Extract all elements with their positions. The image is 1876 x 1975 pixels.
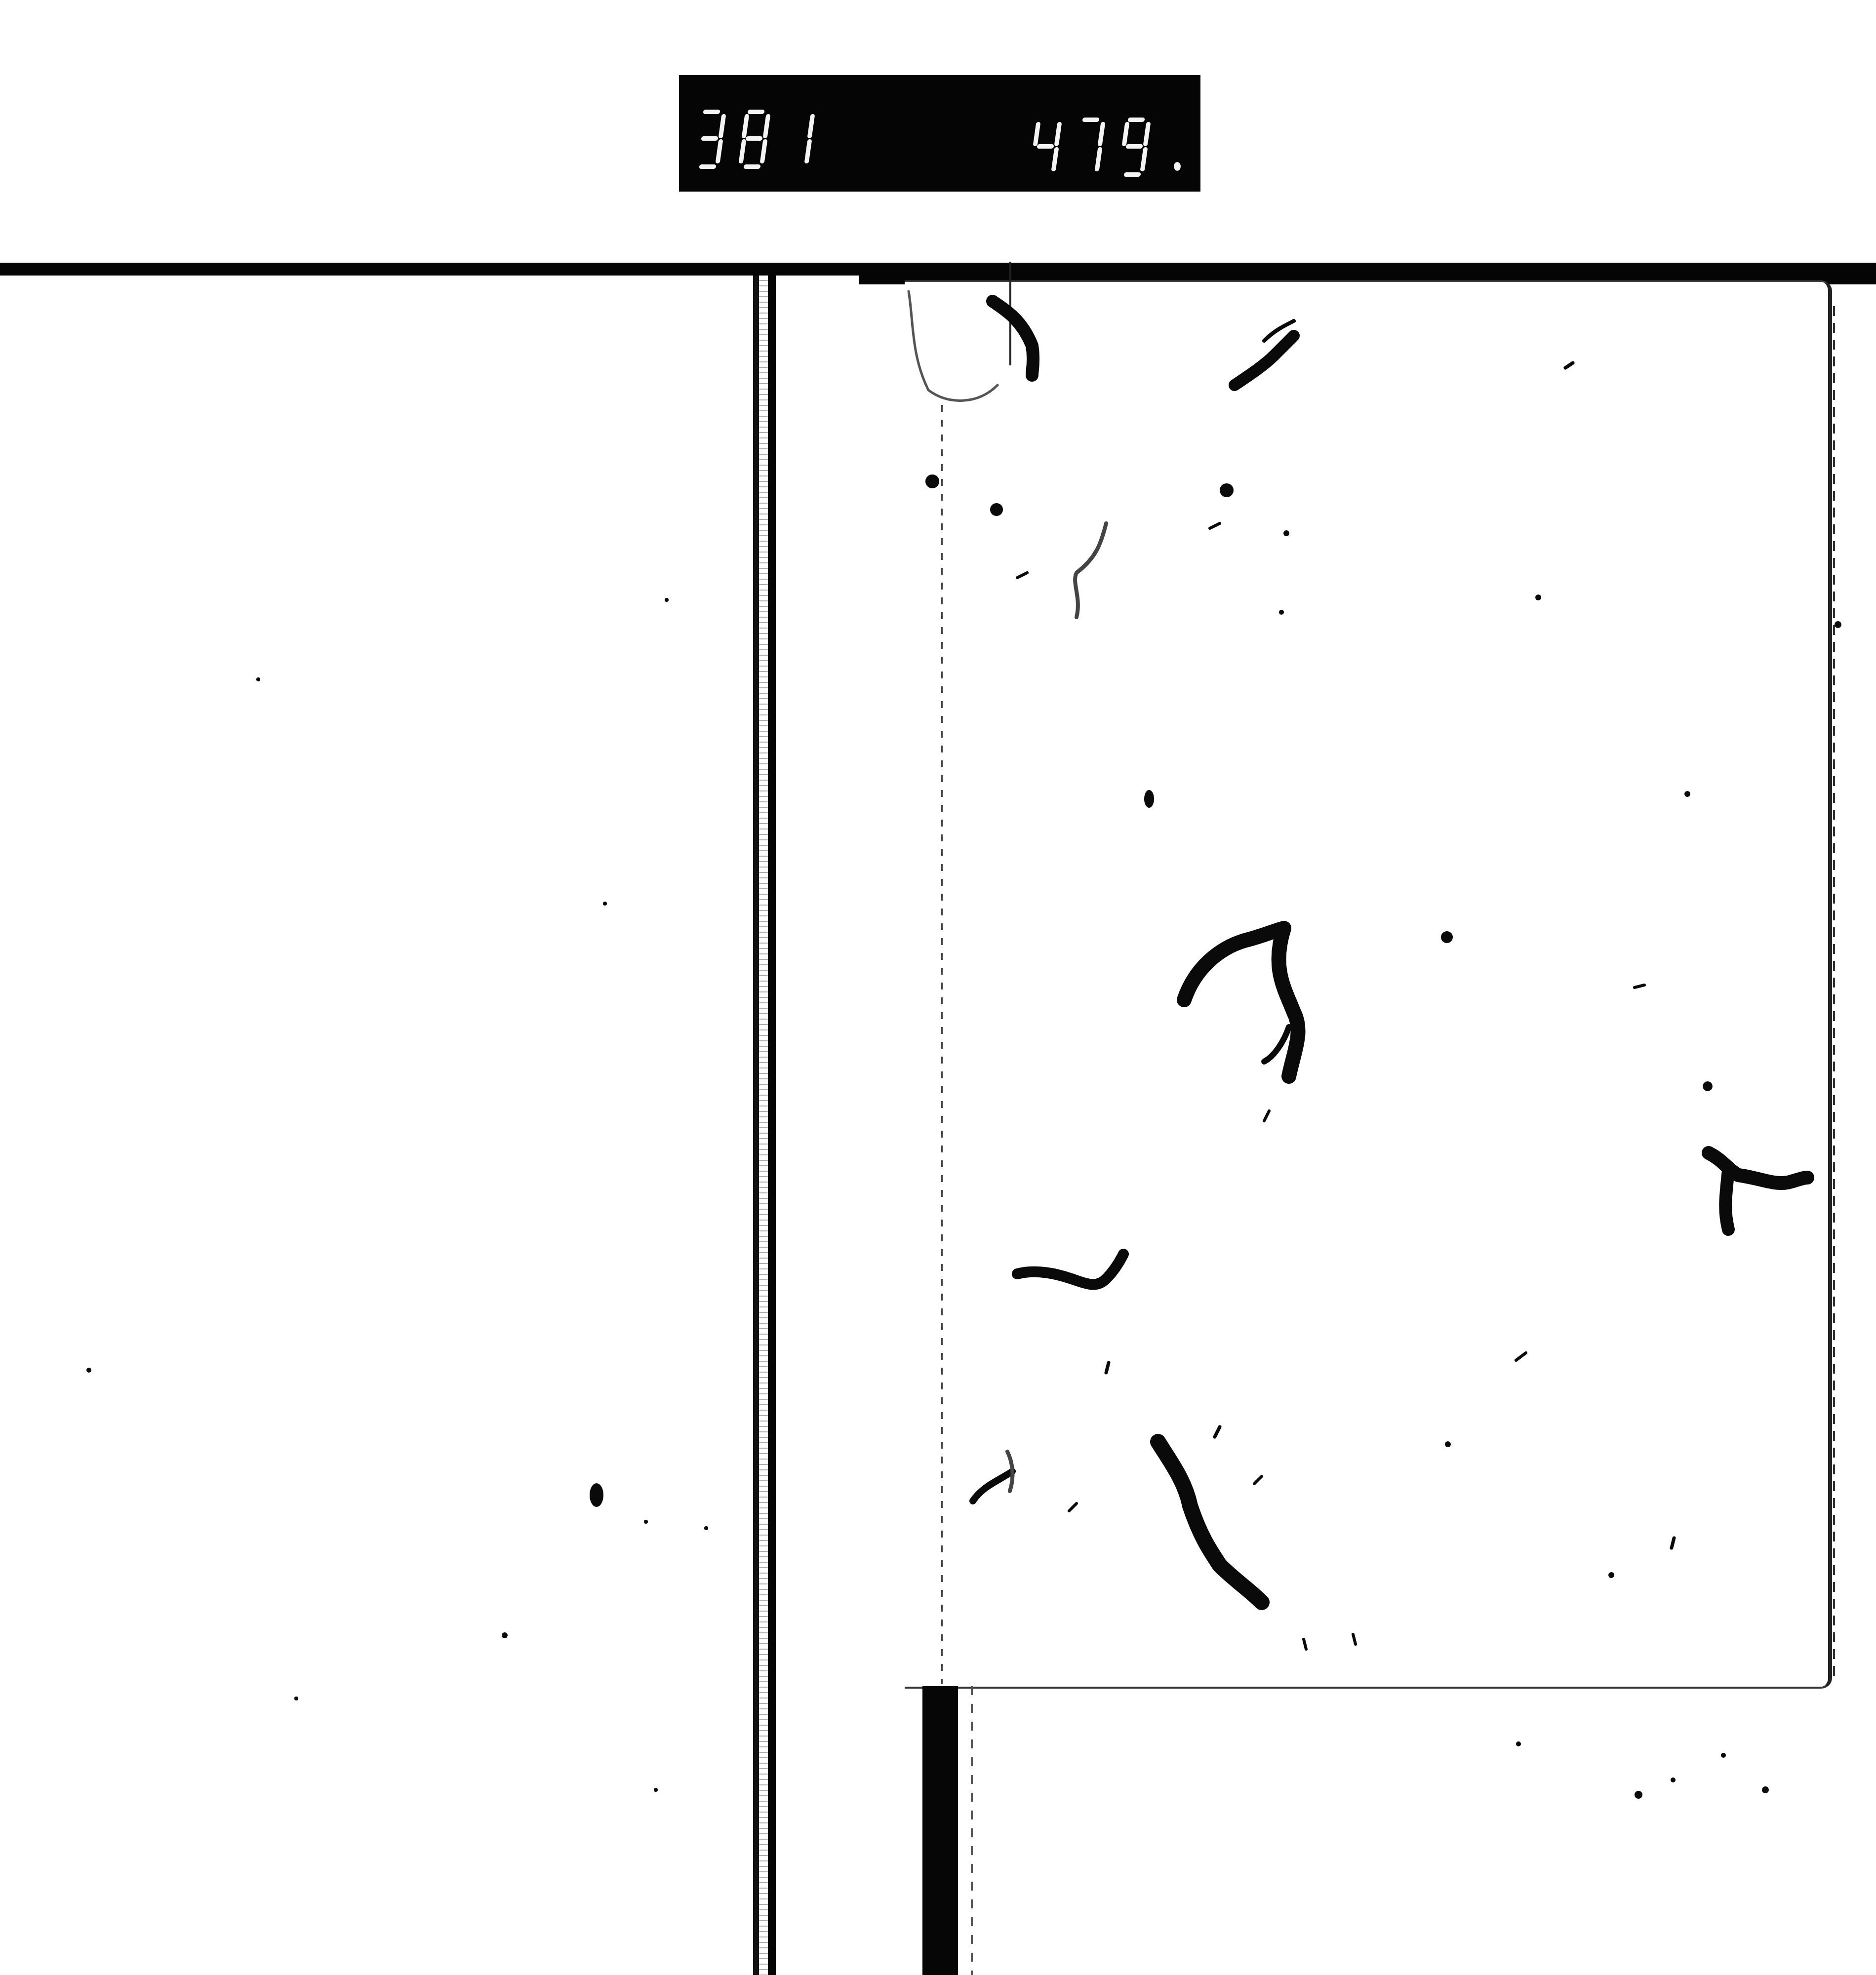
frame-counter-digits bbox=[679, 75, 1200, 192]
digit-segment-d bbox=[743, 164, 760, 169]
digit-segment-a bbox=[703, 110, 720, 114]
digit-segment-a bbox=[1082, 118, 1099, 122]
binding-spine bbox=[753, 276, 759, 1975]
left-page bbox=[0, 276, 753, 1975]
spine-edge-texture bbox=[759, 276, 768, 1975]
digit-segment-a bbox=[747, 110, 764, 114]
lower-spine-edge bbox=[971, 1686, 973, 1975]
digit-segment-a bbox=[1127, 118, 1145, 122]
digit-segment-d bbox=[1123, 172, 1141, 177]
digit-segment-f bbox=[1122, 122, 1130, 146]
digit-segment-c bbox=[760, 139, 768, 163]
lower-binding-spine bbox=[922, 1686, 958, 1975]
digit-segment-f bbox=[1033, 122, 1041, 146]
digit-segment-c bbox=[1051, 147, 1059, 171]
digit-segment-c bbox=[1095, 147, 1103, 171]
digit-segment-b bbox=[1143, 122, 1151, 146]
digit-segment-g bbox=[1125, 144, 1143, 149]
digit-segment-b bbox=[807, 114, 815, 138]
decimal-point bbox=[1174, 162, 1181, 171]
right-document-sheet bbox=[905, 280, 1832, 1689]
digit-segment-b bbox=[1098, 122, 1106, 146]
digit-segment-g bbox=[701, 136, 718, 141]
digit-segment-f bbox=[742, 114, 750, 138]
digit-segment-b bbox=[718, 114, 726, 138]
spine-shadow bbox=[768, 276, 776, 1975]
digit-segment-b bbox=[1054, 122, 1062, 146]
digit-segment-b bbox=[763, 114, 771, 138]
digit-segment-d bbox=[699, 164, 716, 169]
paper-clip-icon bbox=[1009, 262, 1011, 365]
digit-segment-c bbox=[716, 139, 723, 163]
digit-segment-g bbox=[745, 136, 762, 141]
digit-segment-g bbox=[1037, 144, 1054, 149]
digit-segment-c bbox=[1140, 147, 1148, 171]
sheet-fold-line bbox=[941, 405, 943, 1684]
digit-segment-e bbox=[739, 139, 747, 163]
sheet-outer-edge bbox=[1833, 306, 1835, 1679]
digit-segment-c bbox=[804, 139, 812, 163]
frame-counter: 381 479. bbox=[679, 75, 1200, 192]
